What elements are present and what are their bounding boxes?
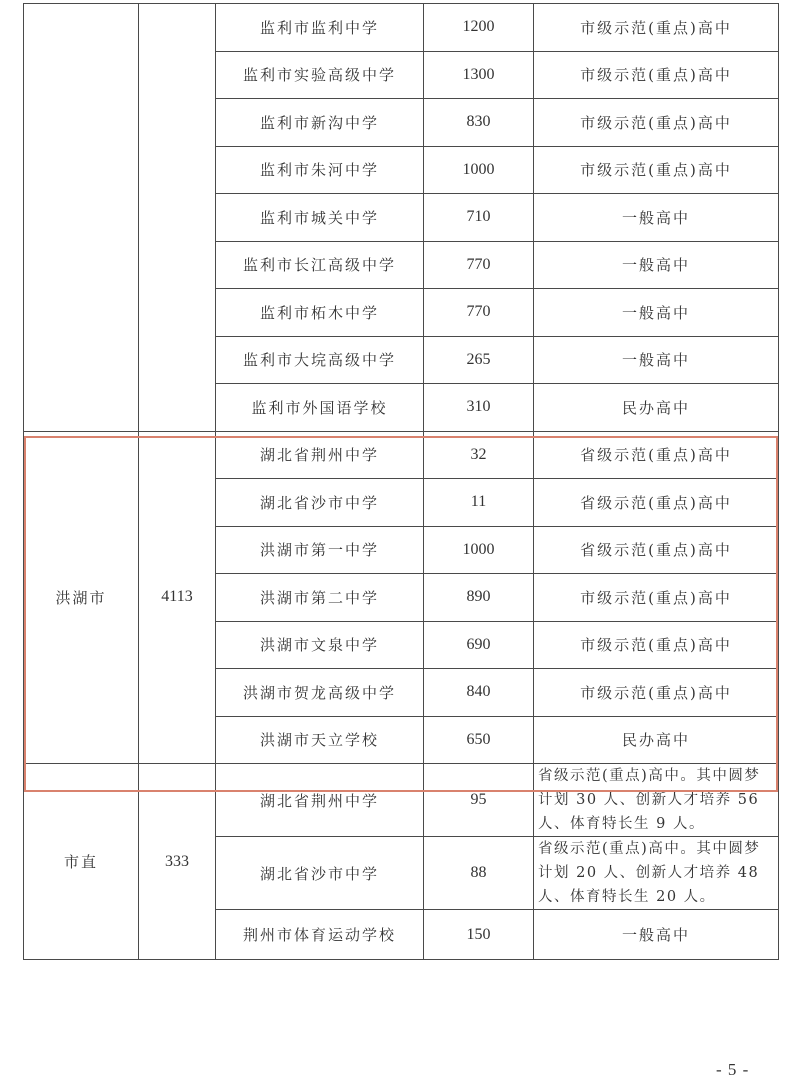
school-type-note-cell: 省级示范(重点)高中。其中圆梦计划 20 人、创新人才培养 48 人、体育特长生… bbox=[534, 837, 779, 910]
school-name-cell: 监利市新沟中学 bbox=[216, 99, 424, 147]
school-name-cell: 监利市外国语学校 bbox=[216, 384, 424, 432]
school-name-cell: 监利市监利中学 bbox=[216, 4, 424, 52]
quota-count-cell: 310 bbox=[424, 384, 534, 432]
school-quota-table: 监利市监利中学 1200 市级示范(重点)高中 监利市实验高级中学 1300 市… bbox=[23, 3, 779, 960]
quota-count-cell: 770 bbox=[424, 289, 534, 337]
quota-count-cell: 770 bbox=[424, 241, 534, 289]
school-type-note-cell: 省级示范(重点)高中。其中圆梦计划 30 人、创新人才培养 56 人、体育特长生… bbox=[534, 764, 779, 837]
school-type-cell: 市级示范(重点)高中 bbox=[534, 621, 779, 669]
quota-count-cell: 690 bbox=[424, 621, 534, 669]
school-type-cell: 民办高中 bbox=[534, 716, 779, 764]
school-name-cell: 荆州市体育运动学校 bbox=[216, 910, 424, 960]
document-page: 监利市监利中学 1200 市级示范(重点)高中 监利市实验高级中学 1300 市… bbox=[0, 0, 800, 1083]
quota-count-cell: 840 bbox=[424, 669, 534, 717]
quota-count-cell: 32 bbox=[424, 431, 534, 479]
school-name-cell: 洪湖市天立学校 bbox=[216, 716, 424, 764]
school-type-cell: 市级示范(重点)高中 bbox=[534, 146, 779, 194]
school-type-cell: 民办高中 bbox=[534, 384, 779, 432]
school-type-cell: 一般高中 bbox=[534, 336, 779, 384]
quota-count-cell: 1000 bbox=[424, 146, 534, 194]
school-name-cell: 洪湖市第二中学 bbox=[216, 574, 424, 622]
school-name-cell: 监利市柘木中学 bbox=[216, 289, 424, 337]
quota-count-cell: 11 bbox=[424, 479, 534, 527]
school-name-cell: 湖北省荆州中学 bbox=[216, 431, 424, 479]
school-name-cell: 监利市城关中学 bbox=[216, 194, 424, 242]
region-total-cell: 4113 bbox=[139, 431, 216, 764]
quota-count-cell: 890 bbox=[424, 574, 534, 622]
school-name-cell: 洪湖市贺龙高级中学 bbox=[216, 669, 424, 717]
school-name-cell: 洪湖市文泉中学 bbox=[216, 621, 424, 669]
school-type-cell: 一般高中 bbox=[534, 241, 779, 289]
school-name-cell: 湖北省沙市中学 bbox=[216, 837, 424, 910]
region-cell: 洪湖市 bbox=[24, 431, 139, 764]
region-cell: 市直 bbox=[24, 764, 139, 960]
quota-count-cell: 830 bbox=[424, 99, 534, 147]
page-number: - 5 - bbox=[716, 1060, 749, 1080]
school-name-cell: 洪湖市第一中学 bbox=[216, 526, 424, 574]
school-type-cell: 市级示范(重点)高中 bbox=[534, 574, 779, 622]
school-name-cell: 湖北省沙市中学 bbox=[216, 479, 424, 527]
table-row: 市直 333 湖北省荆州中学 95 省级示范(重点)高中。其中圆梦计划 30 人… bbox=[24, 764, 779, 837]
school-type-cell: 市级示范(重点)高中 bbox=[534, 99, 779, 147]
table-row: 洪湖市 4113 湖北省荆州中学 32 省级示范(重点)高中 bbox=[24, 431, 779, 479]
school-type-cell: 省级示范(重点)高中 bbox=[534, 431, 779, 479]
quota-count-cell: 1300 bbox=[424, 51, 534, 99]
quota-count-cell: 88 bbox=[424, 837, 534, 910]
school-type-cell: 市级示范(重点)高中 bbox=[534, 51, 779, 99]
region-total-cell bbox=[139, 4, 216, 432]
school-type-cell: 一般高中 bbox=[534, 910, 779, 960]
quota-count-cell: 650 bbox=[424, 716, 534, 764]
school-name-cell: 监利市长江高级中学 bbox=[216, 241, 424, 289]
school-name-cell: 监利市实验高级中学 bbox=[216, 51, 424, 99]
school-type-cell: 一般高中 bbox=[534, 194, 779, 242]
table-row: 监利市监利中学 1200 市级示范(重点)高中 bbox=[24, 4, 779, 52]
school-name-cell: 监利市朱河中学 bbox=[216, 146, 424, 194]
quota-count-cell: 95 bbox=[424, 764, 534, 837]
school-type-cell: 市级示范(重点)高中 bbox=[534, 4, 779, 52]
school-type-cell: 一般高中 bbox=[534, 289, 779, 337]
quota-count-cell: 710 bbox=[424, 194, 534, 242]
quota-count-cell: 150 bbox=[424, 910, 534, 960]
quota-count-cell: 1200 bbox=[424, 4, 534, 52]
quota-count-cell: 265 bbox=[424, 336, 534, 384]
school-type-cell: 省级示范(重点)高中 bbox=[534, 526, 779, 574]
quota-count-cell: 1000 bbox=[424, 526, 534, 574]
school-type-cell: 省级示范(重点)高中 bbox=[534, 479, 779, 527]
region-cell bbox=[24, 4, 139, 432]
school-name-cell: 监利市大垸高级中学 bbox=[216, 336, 424, 384]
school-type-cell: 市级示范(重点)高中 bbox=[534, 669, 779, 717]
school-name-cell: 湖北省荆州中学 bbox=[216, 764, 424, 837]
region-total-cell: 333 bbox=[139, 764, 216, 960]
